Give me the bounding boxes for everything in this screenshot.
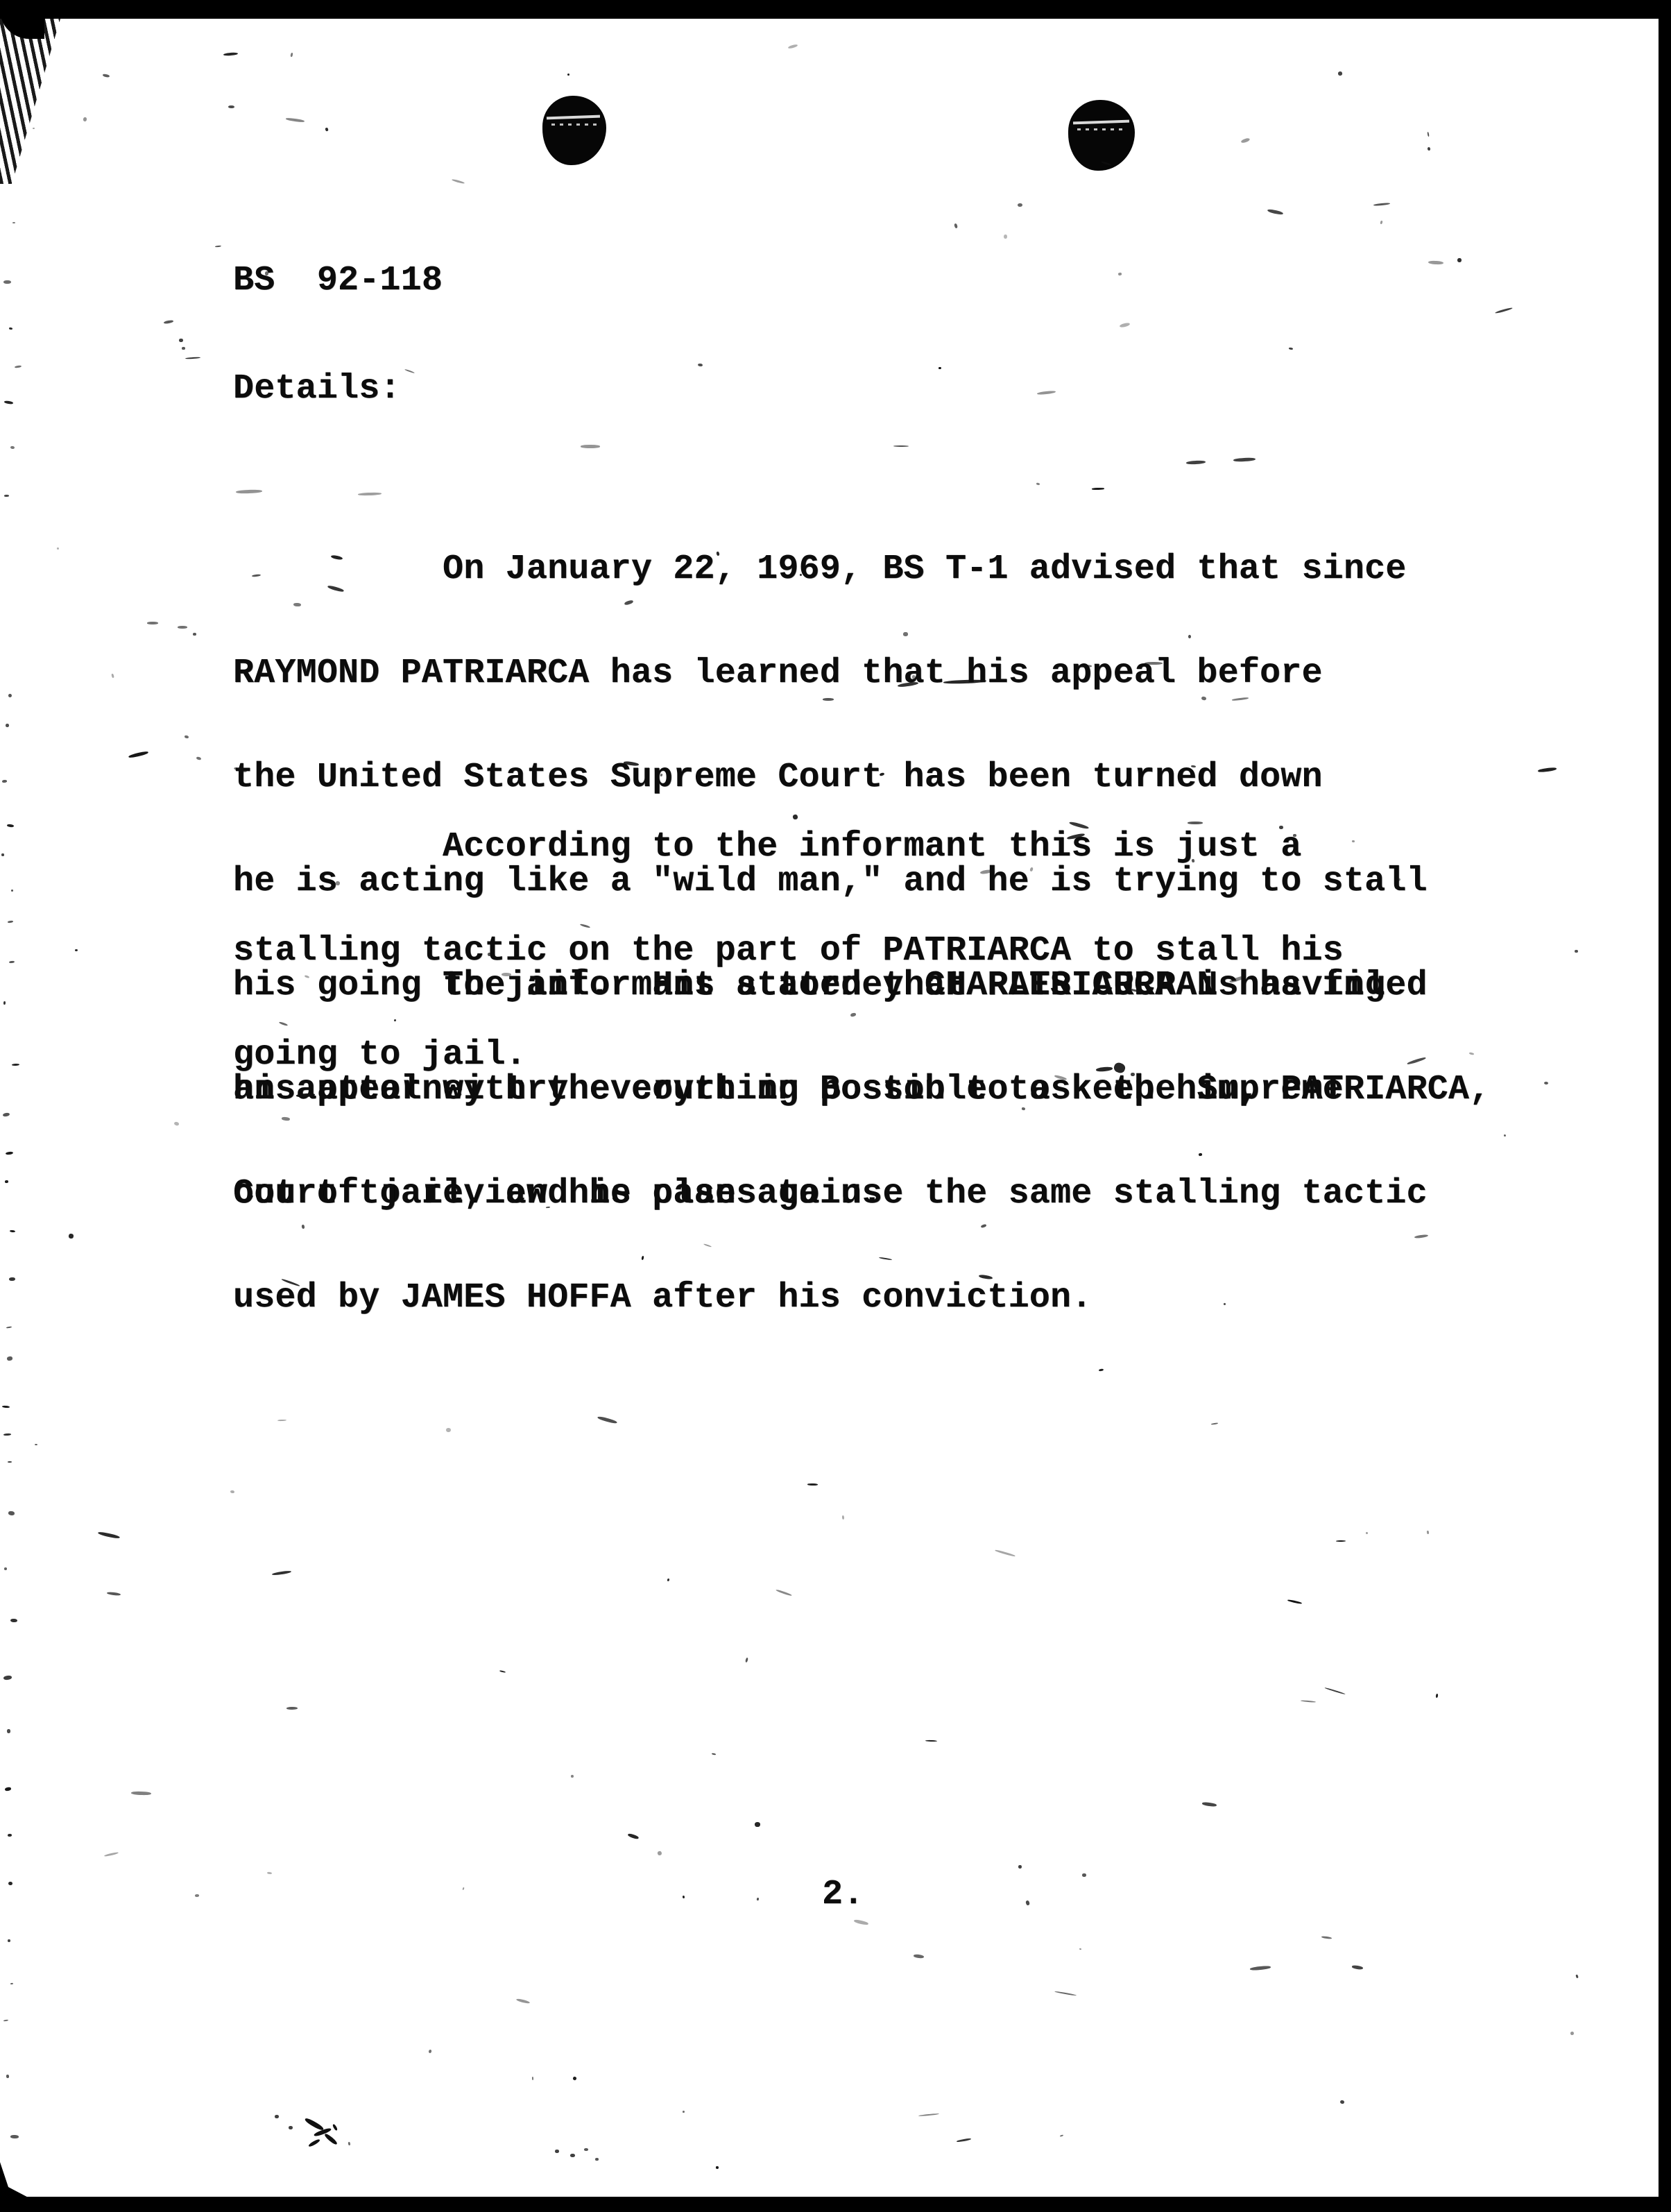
scan-speck bbox=[308, 2138, 320, 2147]
scan-speck bbox=[193, 633, 196, 636]
scan-speck bbox=[111, 674, 114, 678]
scan-speck bbox=[3, 1433, 11, 1436]
scan-speck bbox=[1036, 390, 1055, 395]
scan-speck bbox=[807, 1483, 818, 1486]
scan-speck bbox=[1428, 132, 1430, 137]
scan-speck bbox=[272, 1570, 292, 1576]
scan-speck bbox=[428, 2049, 431, 2053]
scan-speck bbox=[1202, 1801, 1217, 1806]
scan-speck bbox=[10, 1983, 13, 1985]
scan-speck bbox=[75, 949, 78, 952]
scan-speck bbox=[6, 1152, 14, 1156]
scan-speck bbox=[1079, 1948, 1081, 1950]
scan-smudge-top-left bbox=[0, 0, 66, 184]
scan-speck bbox=[35, 1444, 37, 1445]
scan-speck bbox=[938, 367, 941, 370]
scan-speck bbox=[228, 105, 234, 108]
scan-speck bbox=[841, 1515, 844, 1520]
scan-speck bbox=[1117, 273, 1121, 276]
scan-speck bbox=[452, 179, 465, 185]
scan-speck bbox=[215, 245, 222, 247]
scan-speck bbox=[757, 1898, 759, 1900]
hole-punch-icon bbox=[542, 96, 606, 165]
scan-speck bbox=[597, 1415, 617, 1424]
scan-speck bbox=[11, 890, 13, 892]
text-line: On January 22, 1969, BS T-1 advised that… bbox=[233, 552, 1428, 587]
scan-speck bbox=[1, 1405, 9, 1408]
scan-speck bbox=[1325, 1687, 1346, 1695]
scan-speck bbox=[1428, 261, 1443, 266]
scan-speck bbox=[1082, 1873, 1086, 1877]
scan-speck bbox=[667, 1579, 670, 1581]
scan-speck bbox=[8, 1277, 15, 1281]
scan-speck bbox=[4, 495, 9, 497]
scan-speck bbox=[1340, 2100, 1345, 2104]
scan-speck bbox=[223, 52, 238, 56]
scan-speck bbox=[1211, 1422, 1218, 1424]
scan-speck bbox=[348, 2142, 350, 2146]
scan-speck bbox=[291, 53, 293, 58]
scan-speck bbox=[1321, 1936, 1332, 1939]
scan-speck bbox=[184, 735, 189, 738]
scan-edge-bottom bbox=[0, 2197, 1671, 2212]
scan-speck bbox=[627, 1832, 638, 1839]
scan-speck bbox=[182, 347, 185, 350]
scan-speck bbox=[462, 1887, 464, 1891]
scan-speck bbox=[755, 1822, 760, 1827]
scan-speck bbox=[1004, 235, 1007, 239]
scan-speck bbox=[1287, 1599, 1302, 1603]
scan-speck bbox=[954, 223, 958, 228]
scan-speck bbox=[289, 2126, 293, 2129]
scan-speck bbox=[914, 1954, 925, 1959]
scan-speck bbox=[581, 445, 600, 448]
scan-speck bbox=[178, 626, 187, 629]
scan-speck bbox=[567, 73, 569, 76]
scan-speck bbox=[1366, 1532, 1369, 1534]
scan-speck bbox=[584, 2148, 588, 2151]
scan-speck bbox=[788, 44, 798, 49]
file-number: BS 92-118 bbox=[233, 264, 443, 298]
scan-speck bbox=[1337, 71, 1342, 76]
scan-speck bbox=[595, 2158, 599, 2161]
scan-speck bbox=[515, 1998, 529, 2005]
scan-speck bbox=[147, 622, 158, 624]
scan-speck bbox=[7, 1356, 13, 1361]
scan-speck bbox=[3, 1676, 12, 1681]
text-line: The informant stated that PATRIARCA is h… bbox=[233, 969, 1490, 1003]
scan-speck bbox=[716, 2166, 719, 2170]
scan-speck bbox=[11, 1063, 19, 1066]
scan-speck bbox=[185, 357, 200, 359]
document-page: BS 92-118 Details: On January 22, 1969, … bbox=[0, 0, 1671, 2212]
scan-speck bbox=[1544, 1082, 1549, 1085]
scan-speck bbox=[555, 2150, 559, 2153]
scan-speck bbox=[957, 2138, 971, 2143]
scan-speck bbox=[1575, 950, 1578, 953]
scan-speck bbox=[174, 1121, 180, 1126]
scan-speck bbox=[683, 2111, 685, 2113]
scan-speck bbox=[8, 1461, 12, 1463]
scan-edge-right bbox=[1659, 0, 1671, 2212]
scan-speck bbox=[1289, 348, 1294, 350]
scan-speck bbox=[8, 694, 12, 698]
scan-speck bbox=[1495, 307, 1513, 314]
scan-speck bbox=[4, 1567, 8, 1570]
scan-speck bbox=[404, 369, 415, 374]
scan-speck bbox=[2, 780, 7, 783]
scan-speck bbox=[196, 756, 201, 760]
scan-speck bbox=[446, 1428, 451, 1432]
page-number: 2. bbox=[822, 1878, 864, 1912]
text-line: RAYMOND PATRIARCA has learned that his a… bbox=[233, 656, 1428, 691]
text-line: out of jail, and he plans to use the sam… bbox=[233, 1177, 1490, 1211]
paragraph-3: The informant stated that PATRIARCA is h… bbox=[233, 899, 1490, 1385]
scan-speck bbox=[10, 2135, 19, 2138]
scan-speck bbox=[6, 1326, 11, 1328]
scan-speck bbox=[10, 1230, 16, 1233]
scan-speck bbox=[995, 1549, 1016, 1557]
scan-speck bbox=[7, 921, 12, 924]
scan-speck bbox=[1018, 1865, 1022, 1869]
scan-speck bbox=[8, 1511, 15, 1515]
scan-speck bbox=[103, 74, 110, 78]
text-line: According to the informant this is just … bbox=[233, 830, 1344, 865]
scan-speck bbox=[1503, 1134, 1506, 1137]
scan-speck bbox=[8, 1834, 12, 1837]
scan-speck bbox=[104, 1851, 119, 1857]
scan-speck bbox=[3, 280, 11, 284]
scan-speck bbox=[324, 2133, 339, 2146]
scan-speck bbox=[267, 1872, 272, 1875]
scan-speck bbox=[83, 117, 87, 121]
scan-speck bbox=[1026, 1900, 1031, 1906]
scan-speck bbox=[1186, 460, 1206, 464]
scan-speck bbox=[179, 339, 183, 342]
scan-speck bbox=[6, 724, 9, 727]
scan-speck bbox=[195, 1894, 199, 1896]
scan-speck bbox=[893, 445, 909, 447]
text-line: used by JAMES HOFFA after his conviction… bbox=[233, 1281, 1490, 1316]
scan-speck bbox=[7, 824, 14, 827]
scan-speck bbox=[325, 128, 329, 132]
scan-speck bbox=[6, 2075, 9, 2078]
scan-speck bbox=[1241, 137, 1251, 144]
scan-speck bbox=[97, 1531, 119, 1540]
scan-speck bbox=[1538, 767, 1557, 772]
scan-speck bbox=[277, 1420, 286, 1422]
scan-speck bbox=[8, 1882, 12, 1886]
scan-speck bbox=[1250, 1965, 1271, 1971]
scan-speck bbox=[332, 2124, 338, 2132]
scan-speck bbox=[8, 1939, 10, 1942]
scan-speck bbox=[12, 222, 15, 223]
scan-speck bbox=[571, 1775, 574, 1778]
scan-speck bbox=[570, 2154, 575, 2157]
scan-speck bbox=[918, 2113, 939, 2117]
scan-speck bbox=[1267, 208, 1284, 215]
scan-speck bbox=[925, 1740, 938, 1742]
scan-speck bbox=[572, 2076, 576, 2081]
scan-speck bbox=[1373, 203, 1390, 206]
scan-speck bbox=[69, 1234, 74, 1239]
scan-speck bbox=[304, 2117, 324, 2132]
scan-speck bbox=[131, 1792, 151, 1796]
scan-speck bbox=[499, 1670, 506, 1673]
scan-speck bbox=[1575, 1974, 1578, 1977]
scan-speck bbox=[1, 853, 4, 856]
scan-speck bbox=[164, 320, 173, 324]
scan-speck bbox=[1300, 1700, 1315, 1703]
scan-speck bbox=[745, 1657, 748, 1662]
scan-speck bbox=[698, 363, 703, 366]
scan-speck bbox=[1352, 1965, 1364, 1970]
scan-speck bbox=[1054, 1991, 1077, 1996]
scan-speck bbox=[1018, 203, 1022, 207]
scan-speck bbox=[10, 1619, 17, 1623]
scan-speck bbox=[683, 1896, 685, 1899]
scan-speck bbox=[1233, 457, 1256, 462]
scan-speck bbox=[1428, 146, 1431, 151]
scan-speck bbox=[9, 327, 12, 330]
scan-speck bbox=[230, 1490, 235, 1494]
scan-speck bbox=[1427, 1531, 1430, 1534]
scan-speck bbox=[1336, 1540, 1346, 1542]
scan-speck bbox=[1570, 2032, 1575, 2036]
text-line: his attorney try everything possible to … bbox=[233, 1073, 1490, 1107]
scan-speck bbox=[1060, 2135, 1064, 2138]
scan-speck bbox=[286, 117, 305, 122]
scan-speck bbox=[711, 1753, 715, 1755]
scan-speck bbox=[15, 365, 22, 368]
scan-speck bbox=[4, 1180, 8, 1183]
hole-punch-icon bbox=[1068, 100, 1135, 171]
scan-speck bbox=[286, 1707, 298, 1710]
scan-speck bbox=[7, 1729, 10, 1733]
scan-speck bbox=[1457, 258, 1462, 262]
scan-speck bbox=[314, 2127, 332, 2138]
scan-speck bbox=[1119, 322, 1130, 328]
scan-speck bbox=[128, 751, 149, 758]
scan-speck bbox=[107, 1591, 121, 1596]
scan-speck bbox=[854, 1919, 869, 1925]
scan-speck bbox=[532, 2077, 533, 2080]
scan-speck bbox=[57, 547, 59, 549]
scan-speck bbox=[32, 128, 35, 129]
scan-speck bbox=[1436, 1694, 1439, 1699]
scan-speck bbox=[1380, 221, 1383, 225]
scan-edge-top bbox=[0, 0, 1671, 19]
details-label: Details: bbox=[233, 372, 401, 407]
scan-speck bbox=[275, 2115, 279, 2118]
scan-speck bbox=[9, 960, 15, 963]
scan-speck bbox=[2, 1112, 10, 1117]
scan-speck bbox=[5, 1787, 11, 1791]
scan-speck bbox=[3, 400, 12, 405]
scan-speck bbox=[3, 1001, 6, 1005]
scan-speck bbox=[658, 1851, 662, 1856]
scan-speck bbox=[775, 1589, 792, 1597]
scan-speck bbox=[3, 2020, 8, 2022]
scan-speck bbox=[10, 446, 15, 450]
